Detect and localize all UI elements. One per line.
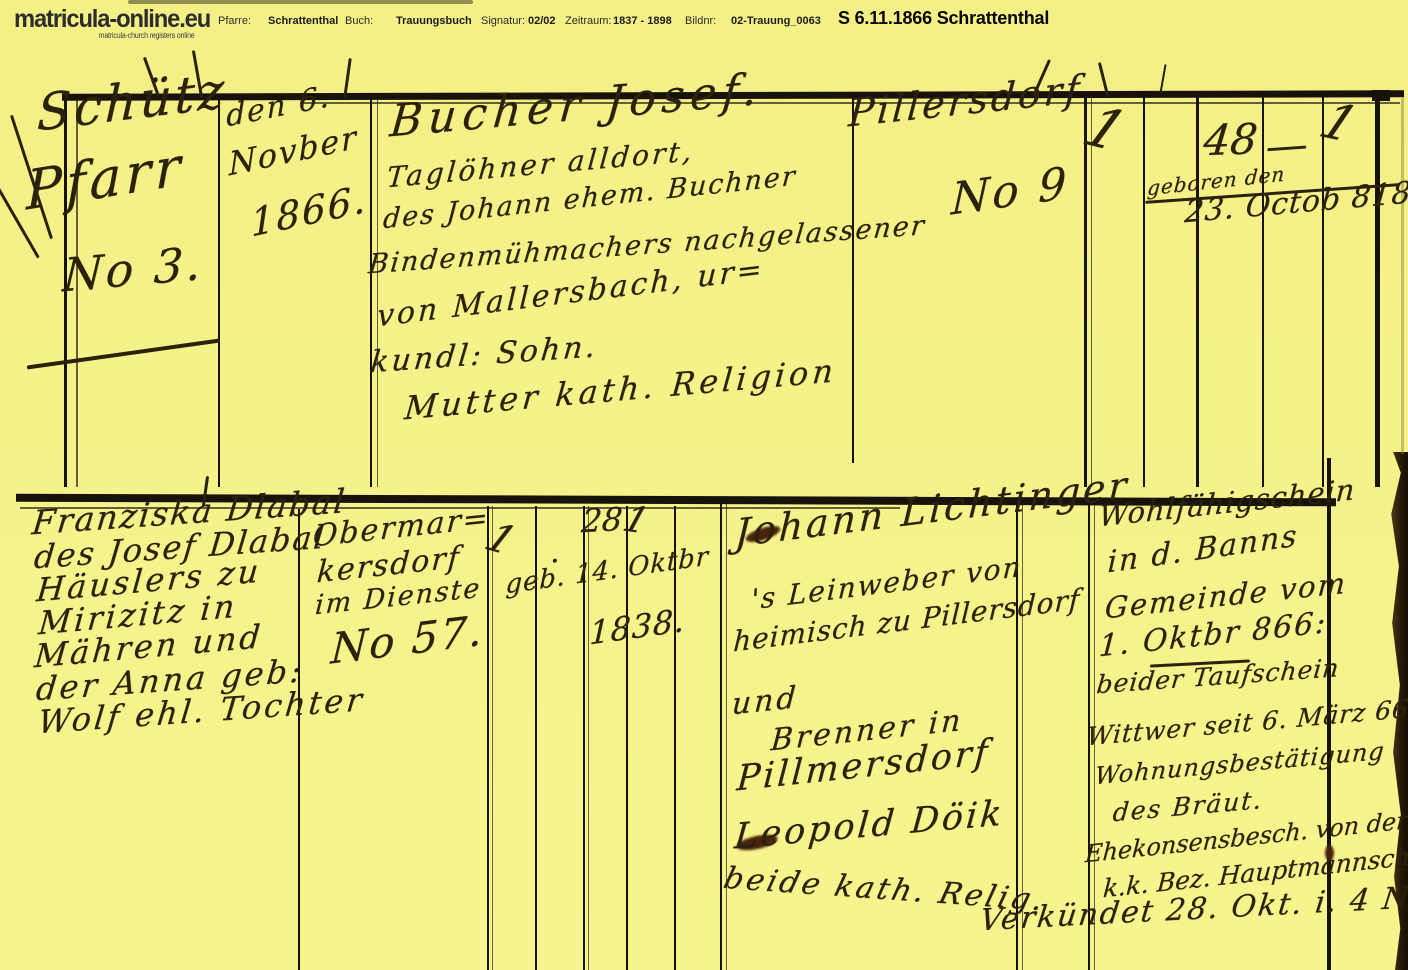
matricula-logo[interactable]: matricula-online.eu <box>14 5 210 34</box>
page-title: S 6.11.1866 Schrattenthal <box>838 8 1049 29</box>
signature-underline-swash <box>27 338 221 369</box>
viewer-header: matricula-online.eu matricula-church reg… <box>0 0 1408 44</box>
col-rule <box>1143 96 1145 487</box>
col-rule <box>1196 96 1199 487</box>
logo-tagline: matricula-church registers online <box>96 31 195 40</box>
bride-dwelling-line: No 57. <box>330 609 485 670</box>
remarks-line: in d. Banns <box>1107 521 1299 578</box>
groom-dwelling-line: No 9 <box>950 161 1069 222</box>
groom-name-line: Bucher Josef. <box>388 67 765 144</box>
meta-value-bildnr: 02-Trauung_0063 <box>731 15 821 27</box>
witness-name-line: Leopold Döik <box>733 796 1006 855</box>
meta-value-buch: Trauungsbuch <box>396 15 472 27</box>
bride-birth-line: 1838. <box>589 604 686 650</box>
col-rule <box>1262 96 1264 487</box>
col-rule <box>487 506 489 970</box>
meta-label-buch: Buch: <box>345 15 373 27</box>
tally-dash: — <box>1264 123 1309 168</box>
pen-flourish <box>1159 64 1166 94</box>
col-rule <box>1375 92 1380 487</box>
meta-value-pfarre: Schrattenthal <box>268 15 338 27</box>
remarks-line: beider Taufschein <box>1095 655 1340 697</box>
col-rule <box>218 96 220 487</box>
marriage-date-line: 1866. <box>250 179 368 242</box>
remarks-line: des Bräut. <box>1112 787 1265 825</box>
col-rule <box>720 503 722 970</box>
meta-label-signatur: Signatur: <box>481 15 525 27</box>
col-rule <box>492 506 493 970</box>
groom-dwelling-line: Pillersdorf <box>847 69 1083 132</box>
col-rule <box>370 96 372 487</box>
register-scan-image[interactable]: Schütz Pfarr No 3. den 6. Novber 1866. B… <box>0 0 1408 970</box>
entry-number-line: Schütz <box>36 65 227 139</box>
remarks-line: Wohlfähigschein <box>1098 475 1356 531</box>
meta-label-pfarre: Pfarre: <box>218 15 251 27</box>
meta-label-zeitraum: Zeitraum: <box>565 15 611 27</box>
witness-name-line: Johann Lichtinger <box>734 466 1130 553</box>
col-rule <box>726 503 727 970</box>
meta-label-bildnr: Bildnr: <box>685 15 716 27</box>
groom-age-value: 48 <box>1202 118 1260 162</box>
marriage-date-line: den 6. <box>226 82 331 133</box>
meta-value-signatur: 02/02 <box>528 15 556 27</box>
col-rule <box>852 97 854 463</box>
witness-line: und <box>731 683 800 720</box>
bride-age-value: 28 <box>580 503 623 537</box>
scan-edge-line <box>1401 98 1404 454</box>
groom-line: kundl: Sohn. <box>369 332 600 378</box>
col-rule <box>1322 96 1324 487</box>
entry-number-line: No 3. <box>62 240 205 299</box>
meta-value-zeitraum: 1837 - 1898 <box>613 15 672 27</box>
col-rule <box>377 96 378 487</box>
entry-number-line: Pfarr <box>26 139 184 219</box>
col-rule <box>298 509 300 970</box>
